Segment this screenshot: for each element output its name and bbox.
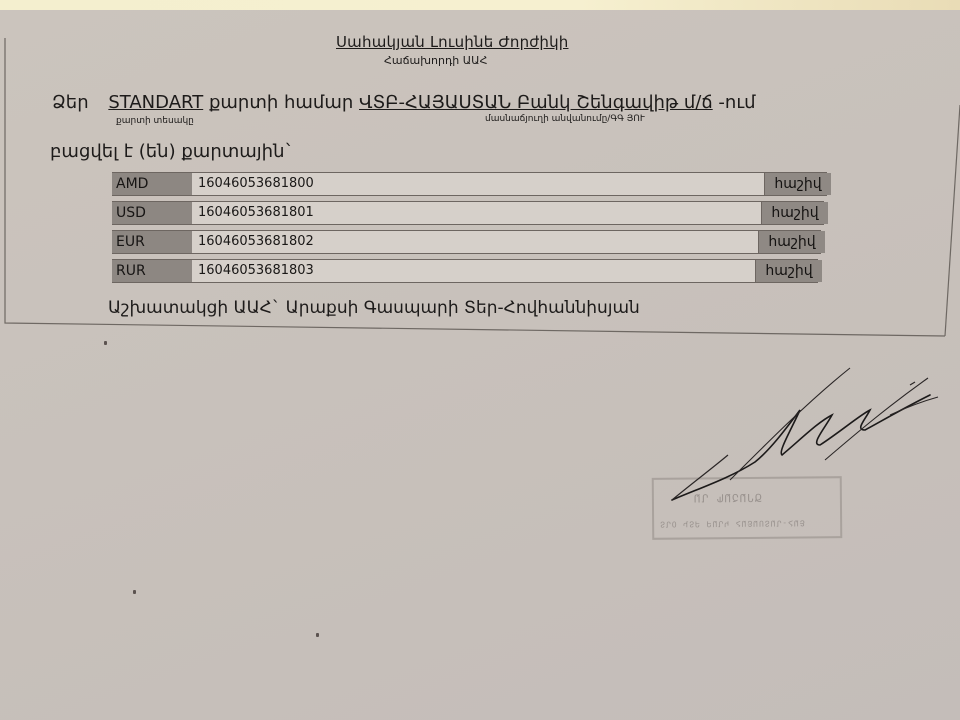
card-type: STANDART — [108, 92, 203, 113]
intro-prefix: Ձեր — [52, 92, 89, 113]
handwritten-signature — [660, 360, 960, 510]
account-row: RUR 16046053681803 հաշիվ — [112, 259, 818, 283]
paper-speck — [104, 341, 107, 345]
account-row: EUR 16046053681802 հաշիվ — [112, 230, 821, 254]
account-number: 16046053681801 — [198, 202, 314, 224]
account-label: հաշիվ — [761, 202, 828, 224]
branch-caption: մասնաճյուղի անվանումը/ԳԳ ՅՈՒ — [485, 114, 645, 124]
account-currency: AMD — [112, 173, 192, 195]
account-label: հաշիվ — [755, 260, 822, 282]
account-label: հաշիվ — [764, 173, 831, 195]
account-currency: USD — [112, 202, 192, 224]
account-number: 16046053681803 — [198, 260, 314, 282]
stamp-line-2: ՏՆՕ ՎՏԲ ԲԱՆԿ ՀԱՅԱՍՏԱՆ-ՀԱՅ — [660, 518, 805, 528]
account-number: 16046053681802 — [198, 231, 314, 253]
account-currency: EUR — [112, 231, 192, 253]
opened-accounts-text: բացվել է (են) քարտային` — [50, 141, 294, 162]
paper-speck — [133, 590, 136, 594]
branch-name: ՎՏԲ-ՀԱՅԱՍՏԱՆ Բանկ Շենգավիթ մ/ճ — [359, 92, 713, 113]
account-row: USD 16046053681801 հաշիվ — [112, 201, 824, 225]
account-number: 16046053681800 — [198, 173, 314, 195]
employee-name-line: Աշխատակցի ԱԱՀ` Արաքսի Գասպարի Տեր-Հովհան… — [108, 298, 640, 318]
paper-speck — [316, 633, 319, 637]
card-type-caption: քարտի տեսակը — [116, 116, 194, 126]
account-row: AMD 16046053681800 հաշիվ — [112, 172, 827, 196]
client-name-title: Սահակյան Լուսինե Ժորժիկի — [336, 33, 569, 51]
account-currency: RUR — [112, 260, 192, 282]
account-label: հաշիվ — [758, 231, 825, 253]
intro-middle: քարտի համար — [209, 92, 353, 113]
intro-suffix: -ում — [718, 92, 755, 113]
client-name-caption: Հաճախորդի ԱԱՀ — [384, 54, 487, 67]
card-info-line: Ձեր STANDART քարտի համար ՎՏԲ-ՀԱՅԱՍՏԱՆ Բա… — [52, 92, 756, 113]
